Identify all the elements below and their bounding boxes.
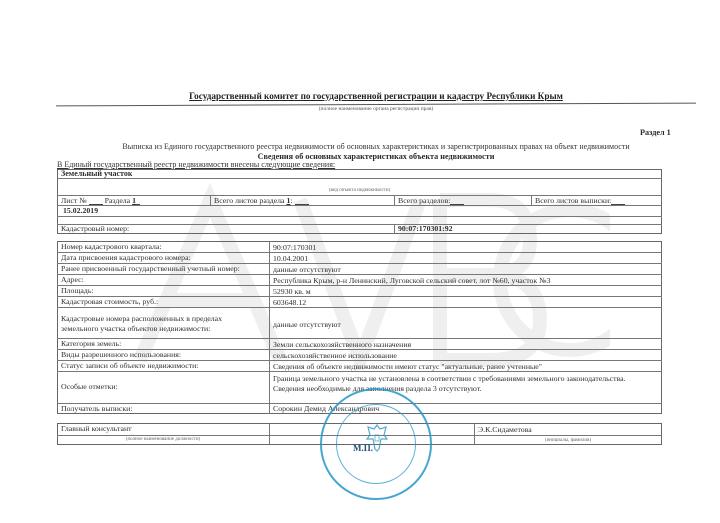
total-sheets-section: Всего листов раздела 1: <box>211 196 309 205</box>
row-value: Республика Крым, р-н Ленинский, Луговско… <box>270 276 551 285</box>
row-label: Виды разрешенного использования: <box>58 350 181 359</box>
organization-caption: (полное наименование органа регистрации … <box>56 106 696 112</box>
row-label: Кадастровая стоимость, руб.: <box>58 297 158 306</box>
cadastral-number-value: 90:07:170301:92 <box>395 224 453 233</box>
row-value: данные отсутствуют <box>270 320 341 329</box>
stamp-label: М.П. <box>353 443 373 453</box>
row-value: 90:07:170301 <box>270 243 316 252</box>
signer-name: Э.К.Сидаметова <box>475 425 532 434</box>
row-label-cont: земельного участка объектов недвижимости… <box>58 324 210 333</box>
total-sections: Всего разделов: <box>395 196 464 205</box>
row-label: Статус записи об объекте недвижимости: <box>58 361 198 370</box>
organization-name: Государственный комитет по государственн… <box>56 91 696 101</box>
signer-position: Главный консультант <box>58 424 132 433</box>
row-value: Земли сельскохозяйственного назначения <box>270 340 411 349</box>
row-label: Категория земель: <box>58 339 121 348</box>
row-label: Площадь: <box>58 286 94 295</box>
object-type-caption: (вид объекта недвижимости) <box>57 188 662 193</box>
row-label: Номер кадастрового квартала: <box>58 242 162 251</box>
row-value: 603648.12 <box>270 298 306 307</box>
row-value: Сведения об объекте недвижимости имеют с… <box>270 362 542 371</box>
row-value: 52930 кв. м <box>270 287 311 296</box>
row-label: Получатель выписки: <box>58 404 133 413</box>
extract-date: 15.02.2019 <box>60 206 98 215</box>
signer-name-caption: (инициалы, фамилия) <box>474 438 662 443</box>
row-label: Особые отметки: <box>58 382 118 391</box>
row-label: Кадастровые номера расположенных в преде… <box>58 314 222 323</box>
cadastral-number-label: Кадастровый номер: <box>58 224 129 233</box>
row-value: Граница земельного участка не установлен… <box>270 374 626 383</box>
row-value: сельскохозяйственное использование <box>270 351 397 360</box>
document-title: Выписка из Единого государственного реес… <box>56 142 696 151</box>
row-label: Дата присвоения кадастрового номера: <box>58 253 191 262</box>
object-type: Земельный участок <box>58 169 132 178</box>
section-label: Раздел 1 <box>640 128 671 137</box>
signer-position-caption: (полное наименование должности) <box>57 437 269 442</box>
stamp-inner-ring <box>336 404 416 484</box>
total-sheets-extract: Всего листов выписки: <box>532 196 625 205</box>
row-value: данные отсутствуют <box>270 265 341 274</box>
row-label: Ранее присвоенный государственный учетны… <box>58 264 240 273</box>
official-stamp <box>320 388 432 500</box>
row-label: Адрес: <box>58 275 84 284</box>
intro-text: В Единый государственный реестр недвижим… <box>57 160 335 169</box>
sheet-number: Лист № Раздела 1 <box>58 196 140 205</box>
row-value: 10.04.2001 <box>270 254 308 263</box>
extract-document: Государственный комитет по государственн… <box>0 0 720 523</box>
